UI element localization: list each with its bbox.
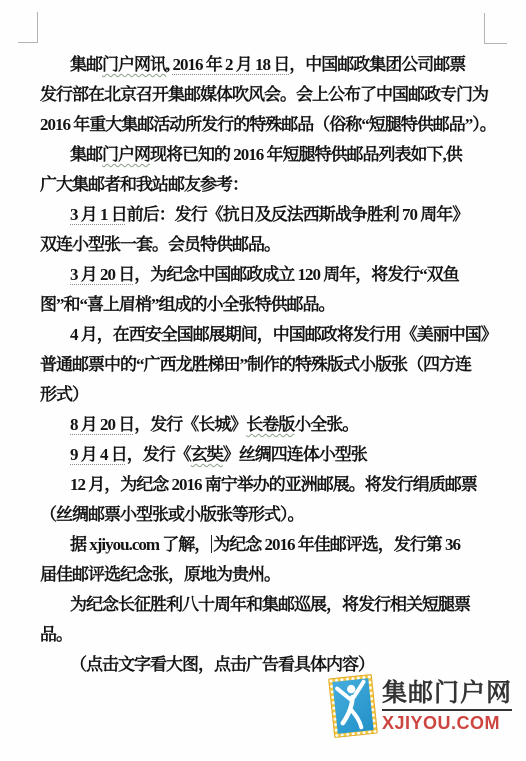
logo-text-block: 集邮门户网 XJIYOU.COM [382, 680, 512, 732]
text-line: （丝绸邮票小型张或小版张等形式）。 [40, 500, 492, 530]
text-line: 发行部在北京召开集邮媒体吹风会。会上公布了中国邮政专门为 [40, 80, 492, 110]
text-segment: 2016 年重大集邮活动所发行的特殊邮品（俗称“短腿特供邮品”）。 [40, 115, 496, 134]
text-segment: 12 月，为纪念 2016 南宁举办的亚洲邮展。将发行绢质邮票 [70, 475, 477, 494]
text-line: 普通邮票中的“广西龙胜梯田”制作的特殊版式小版张（四方连 [40, 350, 492, 380]
text-segment: 为纪念 2016 年佳邮评选，发行第 36 [213, 535, 460, 554]
stamp-background [332, 678, 373, 733]
text-line: 集邮门户网现将已知的 2016 年短腿特供邮品列表如下,供 [40, 140, 492, 170]
text-line: 9 月 4 日，发行《玄奘》丝绸四连体小型张 [40, 440, 492, 470]
site-logo[interactable]: 集邮门户网 XJIYOU.COM [331, 676, 512, 736]
crop-mark-top-right [484, 13, 507, 44]
text-line: 图”和“喜上眉梢”组成的小全张特供邮品。 [40, 290, 492, 320]
crop-mark-top-left [18, 12, 38, 43]
text-segment: 长卷版 [246, 415, 294, 434]
text-line: 3 月 1 日前后：发行《抗日及反法西斯战争胜利 70 周年》 [40, 200, 492, 230]
text-line: 集邮门户网讯, 2016 年 2 月 18 日，中国邮政集团公司邮票 [40, 50, 492, 80]
document-page[interactable]: 集邮门户网讯, 2016 年 2 月 18 日，中国邮政集团公司邮票发行部在北京… [0, 0, 526, 761]
text-segment: ，中国邮政集团公司邮票 [289, 55, 465, 74]
text-line: 据 xjiyou.com 了解，为纪念 2016 年佳邮评选，发行第 36 [40, 530, 492, 560]
text-segment: 9 月 4 日 [70, 445, 127, 464]
text-segment: 形式） [40, 385, 88, 404]
text-segment: 2016 年 2 月 18 日 [173, 55, 290, 74]
text-segment: 4 月，在西安全国邮展期间，中国邮政将发行用《美丽中国》 [70, 325, 497, 344]
text-segment: 小全张。 [294, 415, 358, 434]
text-line: 2016 年重大集邮活动所发行的特殊邮品（俗称“短腿特供邮品”）。 [40, 110, 492, 140]
text-segment: 3 月 20 日 [70, 265, 134, 284]
text-line: 品。 [40, 620, 492, 650]
text-segment: 前后：发行《抗日及反法西斯战争胜利 70 周年》 [127, 205, 469, 224]
text-segment: 为纪念长征胜利八十周年和集邮巡展，将发行相关短腿票 [70, 595, 470, 614]
text-segment: 普通邮票中的“广西龙胜梯田”制作的特殊版式小版张（四方连 [40, 355, 471, 374]
text-segment: 据 xjiyou.com 了解， [70, 535, 210, 554]
jumping-person-icon [332, 678, 373, 733]
text-segment: 8 月 20 日 [70, 415, 134, 434]
logo-site-name: 集邮门户网 [382, 680, 512, 707]
text-segment: 发行部在北京召开集邮媒体吹风会。会上公布了中国邮政专门为 [40, 85, 488, 104]
text-line: 4 月，在西安全国邮展期间，中国邮政将发行用《美丽中国》 [40, 320, 492, 350]
text-segment: 广大集邮者和我站邮友参考： [40, 175, 248, 194]
logo-divider [382, 709, 512, 711]
text-segment: 届佳邮评选纪念张，原地为贵州。 [40, 565, 280, 584]
text-segment: 集邮 [70, 145, 102, 164]
text-line: 届佳邮评选纪念张，原地为贵州。 [40, 560, 492, 590]
text-segment: （点击文字看大图，点击广告看具体内容） [70, 655, 374, 674]
text-line: 12 月，为纪念 2016 南宁举办的亚洲邮展。将发行绢质邮票 [40, 470, 492, 500]
text-line: 3 月 20 日，为纪念中国邮政成立 120 周年，将发行“双鱼 [40, 260, 492, 290]
text-segment: 集邮 [70, 55, 102, 74]
text-line: 8 月 20 日，发行《长城》长卷版小全张。 [40, 410, 492, 440]
text-segment: ，发行《长城》 [134, 415, 246, 434]
text-segment: 》丝绸四连体小型张 [223, 445, 367, 464]
text-segment: 门户网讯 [102, 55, 166, 74]
text-segment: 现将已知的 2016 年短腿特供邮品列表如下,供 [150, 145, 462, 164]
text-segment: 3 月 1 日 [70, 205, 127, 224]
text-segment: 品。 [40, 625, 72, 644]
text-line: 为纪念长征胜利八十周年和集邮巡展，将发行相关短腿票 [40, 590, 492, 620]
text-line: 形式） [40, 380, 492, 410]
text-segment: ，为纪念中国邮政成立 120 周年，将发行“双鱼 [134, 265, 459, 284]
text-segment: 双连小型张一套。会员特供邮品。 [40, 235, 280, 254]
text-segment: 玄奘 [191, 445, 223, 464]
stamp-icon [328, 674, 378, 738]
text-segment: ，发行《 [127, 445, 191, 464]
logo-site-url: XJIYOU.COM [382, 714, 512, 732]
text-segment: 门户网 [102, 145, 150, 164]
text-line: 双连小型张一套。会员特供邮品。 [40, 230, 492, 260]
text-segment: （丝绸邮票小型张或小版张等形式）。 [40, 505, 304, 524]
text-line: 广大集邮者和我站邮友参考： [40, 170, 492, 200]
document-body: 集邮门户网讯, 2016 年 2 月 18 日，中国邮政集团公司邮票发行部在北京… [40, 50, 492, 680]
text-segment: 图”和“喜上眉梢”组成的小全张特供邮品。 [40, 295, 335, 314]
